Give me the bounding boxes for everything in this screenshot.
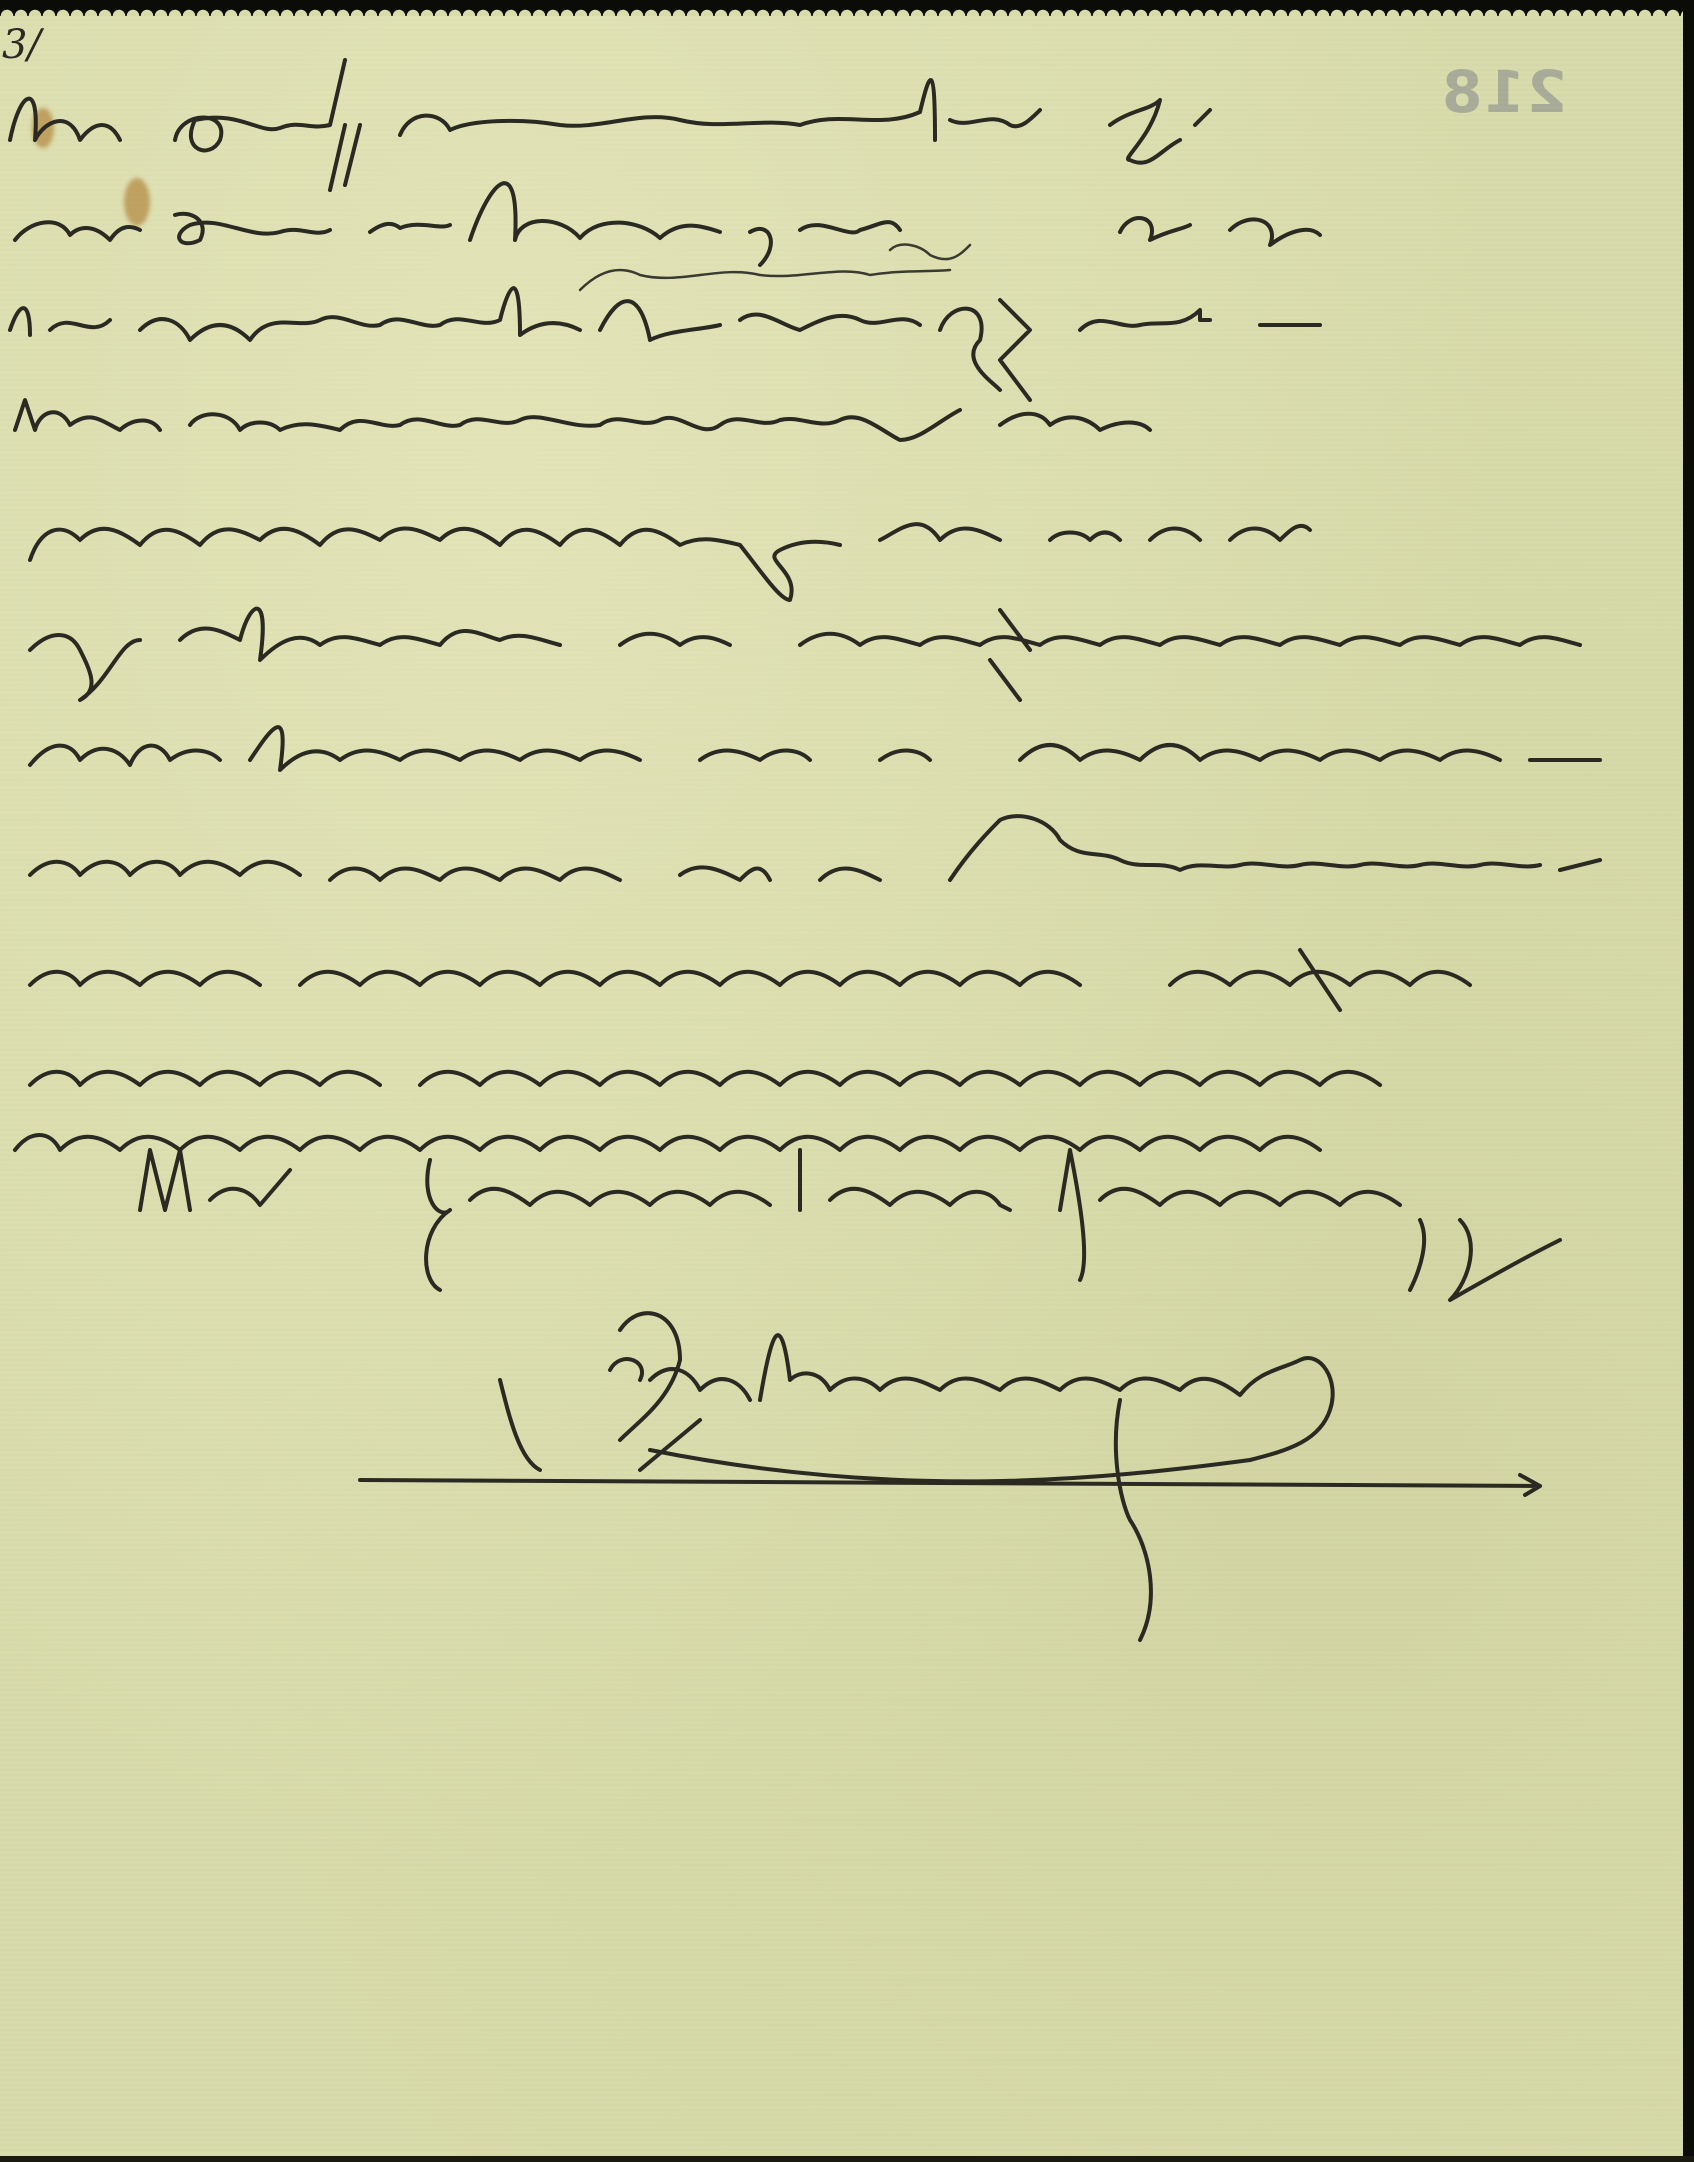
handwritten-text-strokes [0, 0, 1694, 2162]
